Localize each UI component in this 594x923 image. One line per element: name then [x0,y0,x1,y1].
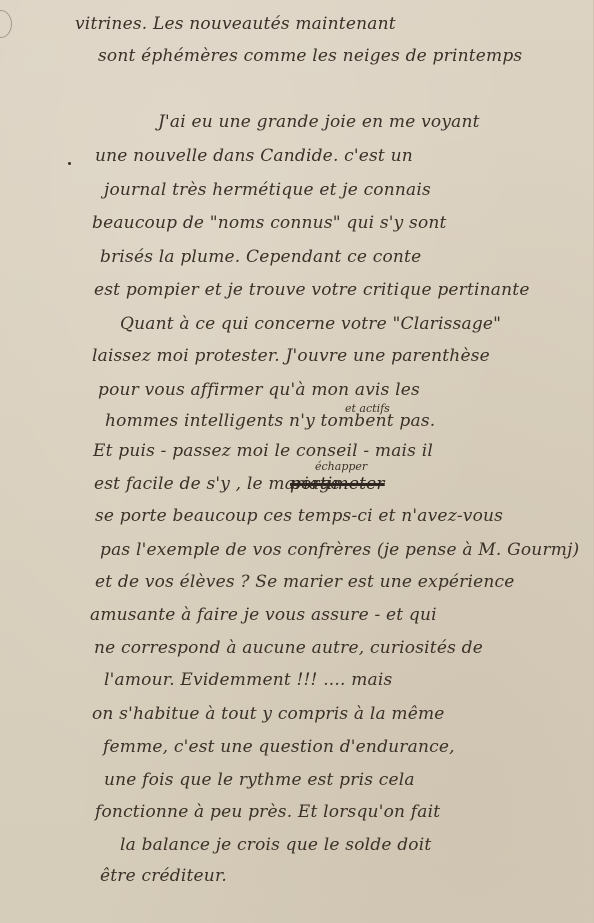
letter-line-23: une fois que le rythme est pris cela [104,770,415,790]
letter-line-17: et de vos élèves ? Se marier est une exp… [95,572,515,592]
letter-line-22: femme, c'est une question d'endurance, [103,737,455,757]
letter-line-25: la balance je crois que le solde doit [120,835,431,855]
letter-line-10: laissez moi protester. J'ouvre une paren… [92,346,490,366]
letter-line-1: vitrines. Les nouveautés maintenant [75,14,396,34]
letter-line-19: ne correspond à aucune autre, curiosités… [94,638,483,658]
letter-line-20: l'amour. Evidemment !!! .... mais [104,670,392,690]
ink-dot [68,162,71,165]
letter-line-11: pour vous affirmer qu'à mon avis les [98,380,420,400]
letter-page: vitrines. Les nouveautés maintenant sont… [0,0,594,923]
letter-line-7: brisés la plume. Cependant ce conte [100,247,421,267]
letter-line-16: pas l'exemple de vos confrères (je pense… [100,540,579,560]
letter-line-26: être créditeur. [100,866,227,886]
insertion-echapper: échapper [315,460,367,473]
letter-line-21: on s'habitue à tout y compris à la même [92,704,445,724]
letter-line-9: Quant à ce qui concerne votre "Clarissag… [120,314,501,334]
letter-line-3: J'ai eu une grande joie en me voyant [158,112,480,132]
letter-line-5: journal très hermétique et je connais [104,180,431,200]
letter-line-6: beaucoup de "noms connus" qui s'y sont [92,213,447,233]
letter-line-13: Et puis - passez moi le conseil - mais i… [93,441,433,461]
letter-line-18: amusante à faire je vous assure - et qui [90,605,437,625]
punch-hole [0,10,12,38]
letter-line-15: se porte beaucoup ces temps-ci et n'avez… [95,506,503,526]
letter-line-2: sont éphémères comme les neiges de print… [98,46,522,66]
letter-line-24: fonctionne à peu près. Et lorsqu'on fait [95,802,440,822]
letter-line-4: une nouvelle dans Candide. c'est un [95,146,413,166]
letter-line-8: est pompier et je trouve votre critique … [94,280,530,300]
struck-word: portimeter [290,474,385,494]
letter-line-12: hommes intelligents n'y tombent pas. [105,411,435,431]
